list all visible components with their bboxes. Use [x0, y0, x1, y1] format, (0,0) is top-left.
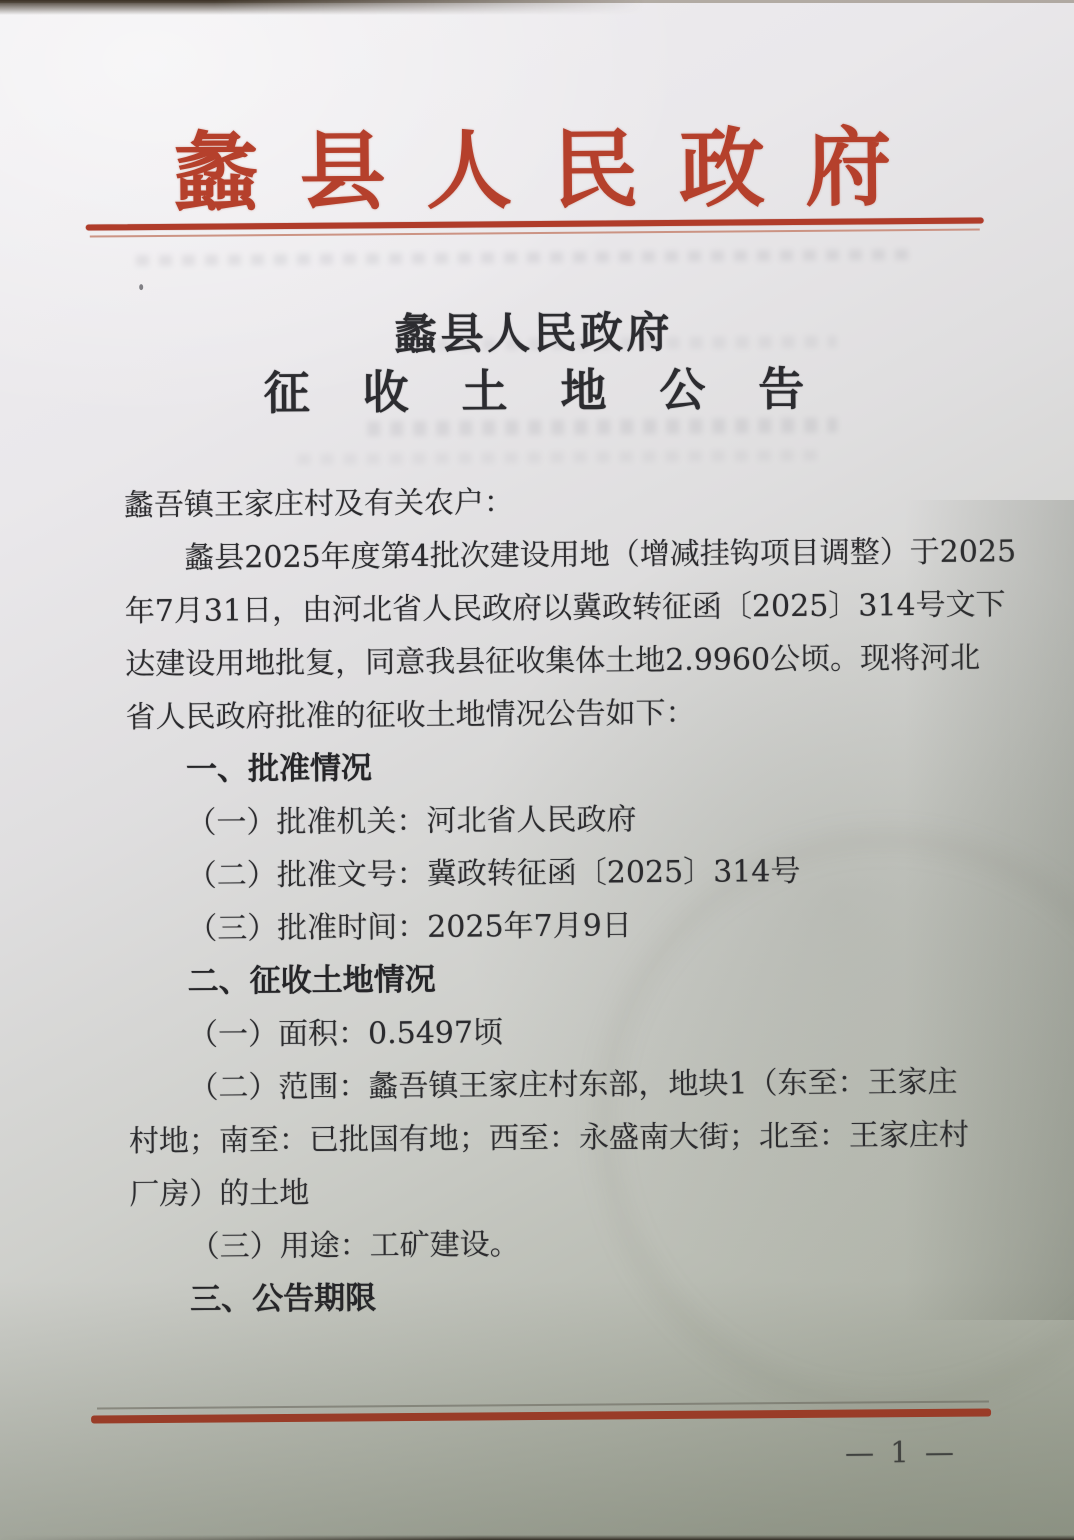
section-heading-approval: 一、批准情况 — [126, 737, 986, 797]
body-line: （一）批准机关：河北省人民政府 — [126, 790, 986, 850]
document-photo: 蠡县人民政府 蠡县人民政府 征收土地公告 蠡吾镇王家庄村及有关农户： 蠡县202… — [0, 0, 1074, 1540]
table-edge-shadow-top — [0, 0, 1074, 15]
document-title: 征收土地公告 — [0, 351, 1071, 425]
body-line: 达建设用地批复，同意我县征收集体土地2.9960公顷。现将河北 — [125, 631, 985, 691]
body-line: 省人民政府批准的征收土地情况公告如下： — [125, 684, 985, 744]
bleedthrough-marks — [298, 450, 818, 465]
footer-rule-gray — [97, 1400, 989, 1409]
page-number: — 1 — — [845, 1435, 958, 1470]
body-line: 村地；南至：已批国有地；西至：永盛南大街；北至：王家庄村 — [129, 1108, 989, 1168]
body-line: 厂房）的土地 — [129, 1161, 989, 1221]
body-line: （三）用途：工矿建设。 — [130, 1214, 990, 1274]
paper-page: 蠡县人民政府 蠡县人民政府 征收土地公告 蠡吾镇王家庄村及有关农户： 蠡县202… — [0, 0, 1074, 1540]
body-line: （一）面积：0.5497顷 — [128, 1002, 988, 1062]
body-line: （二）范围：蠡吾镇王家庄村东部，地块1（东至：王家庄 — [128, 1055, 988, 1115]
table-edge-shadow-bottom — [0, 1535, 1074, 1540]
body-line: （三）批准时间：2025年7月9日 — [127, 896, 987, 956]
salutation-line: 蠡吾镇王家庄村及有关农户： — [124, 472, 984, 532]
document-body: 蠡吾镇王家庄村及有关农户： 蠡县2025年度第4批次建设用地（增减挂钩项目调整）… — [124, 472, 991, 1327]
footer-rule-red — [91, 1408, 991, 1423]
letterhead-title: 蠡县人民政府 — [0, 120, 1070, 223]
section-heading-land: 二、征收土地情况 — [127, 949, 987, 1009]
bleedthrough-marks — [136, 249, 916, 266]
letterhead-rule-thin — [90, 229, 980, 238]
ink-speck — [139, 284, 143, 290]
body-line: 年7月31日，由河北省人民政府以冀政转征函〔2025〕314号文下 — [125, 578, 985, 638]
body-line: 蠡县2025年度第4批次建设用地（增减挂钩项目调整）于2025 — [124, 525, 984, 585]
section-heading-period: 三、公告期限 — [130, 1267, 990, 1327]
body-line: （二）批准文号：冀政转征函〔2025〕314号 — [127, 843, 987, 903]
